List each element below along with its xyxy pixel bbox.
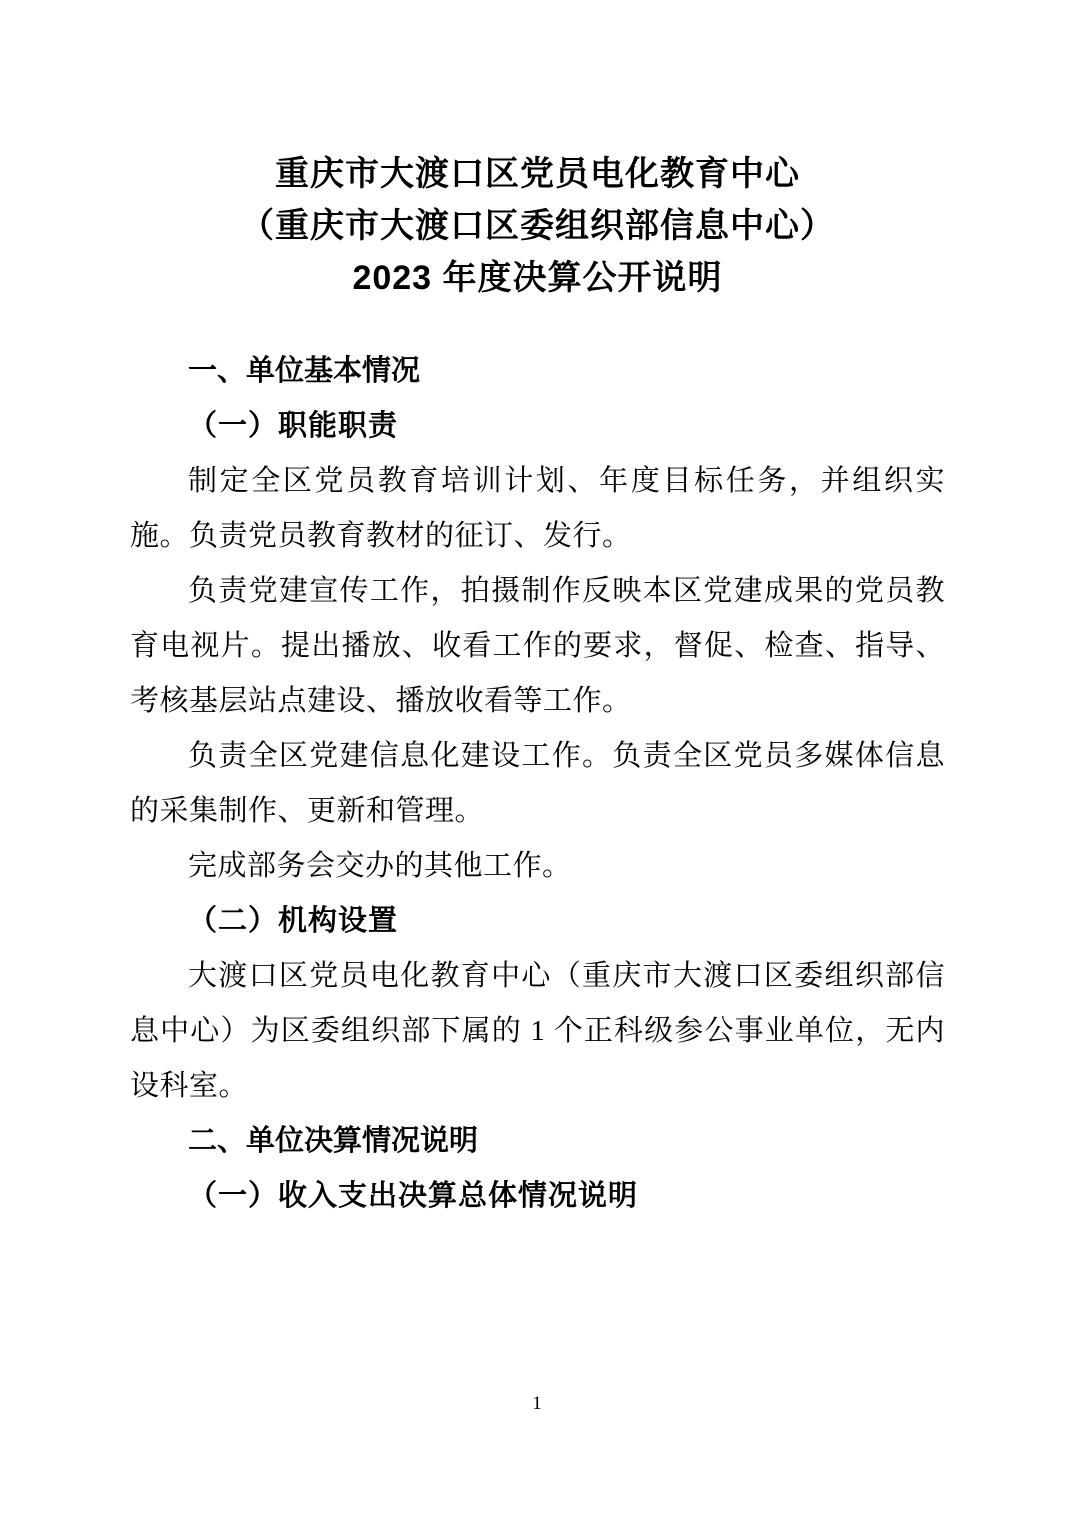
document-body: 一、单位基本情况 （一）职能职责 制定全区党员教育培训计划、年度目标任务，并组织… [130,344,945,1224]
paragraph-duties-1: 制定全区党员教育培训计划、年度目标任务，并组织实施。负责党员教育教材的征订、发行… [130,454,945,564]
document-content: 重庆市大渡口区党员电化教育中心 （重庆市大渡口区委组织部信息中心） 2023 年… [130,148,945,1224]
page-number: 1 [532,1393,542,1414]
page-footer: 1 [0,1393,1074,1415]
section-heading-final-accounts: 二、单位决算情况说明 [130,1114,945,1169]
document-page: 重庆市大渡口区党员电化教育中心 （重庆市大渡口区委组织部信息中心） 2023 年… [0,0,1074,1520]
title-line-1: 重庆市大渡口区党员电化教育中心 [130,148,945,200]
title-line-2: （重庆市大渡口区委组织部信息中心） [130,200,945,252]
subsection-heading-duties: （一）职能职责 [130,399,945,454]
paragraph-duties-4: 完成部务会交办的其他工作。 [130,839,945,894]
document-title: 重庆市大渡口区党员电化教育中心 （重庆市大渡口区委组织部信息中心） 2023 年… [130,148,945,304]
paragraph-duties-2: 负责党建宣传工作，拍摄制作反映本区党建成果的党员教育电视片。提出播放、收看工作的… [130,564,945,729]
subsection-heading-structure: （二）机构设置 [130,894,945,949]
subsection-heading-income-expenditure: （一）收入支出决算总体情况说明 [130,1169,945,1224]
paragraph-structure: 大渡口区党员电化教育中心（重庆市大渡口区委组织部信息中心）为区委组织部下属的 1… [130,949,945,1114]
paragraph-duties-3: 负责全区党建信息化建设工作。负责全区党员多媒体信息的采集制作、更新和管理。 [130,729,945,839]
section-heading-basic-info: 一、单位基本情况 [130,344,945,399]
title-line-3: 2023 年度决算公开说明 [130,252,945,304]
